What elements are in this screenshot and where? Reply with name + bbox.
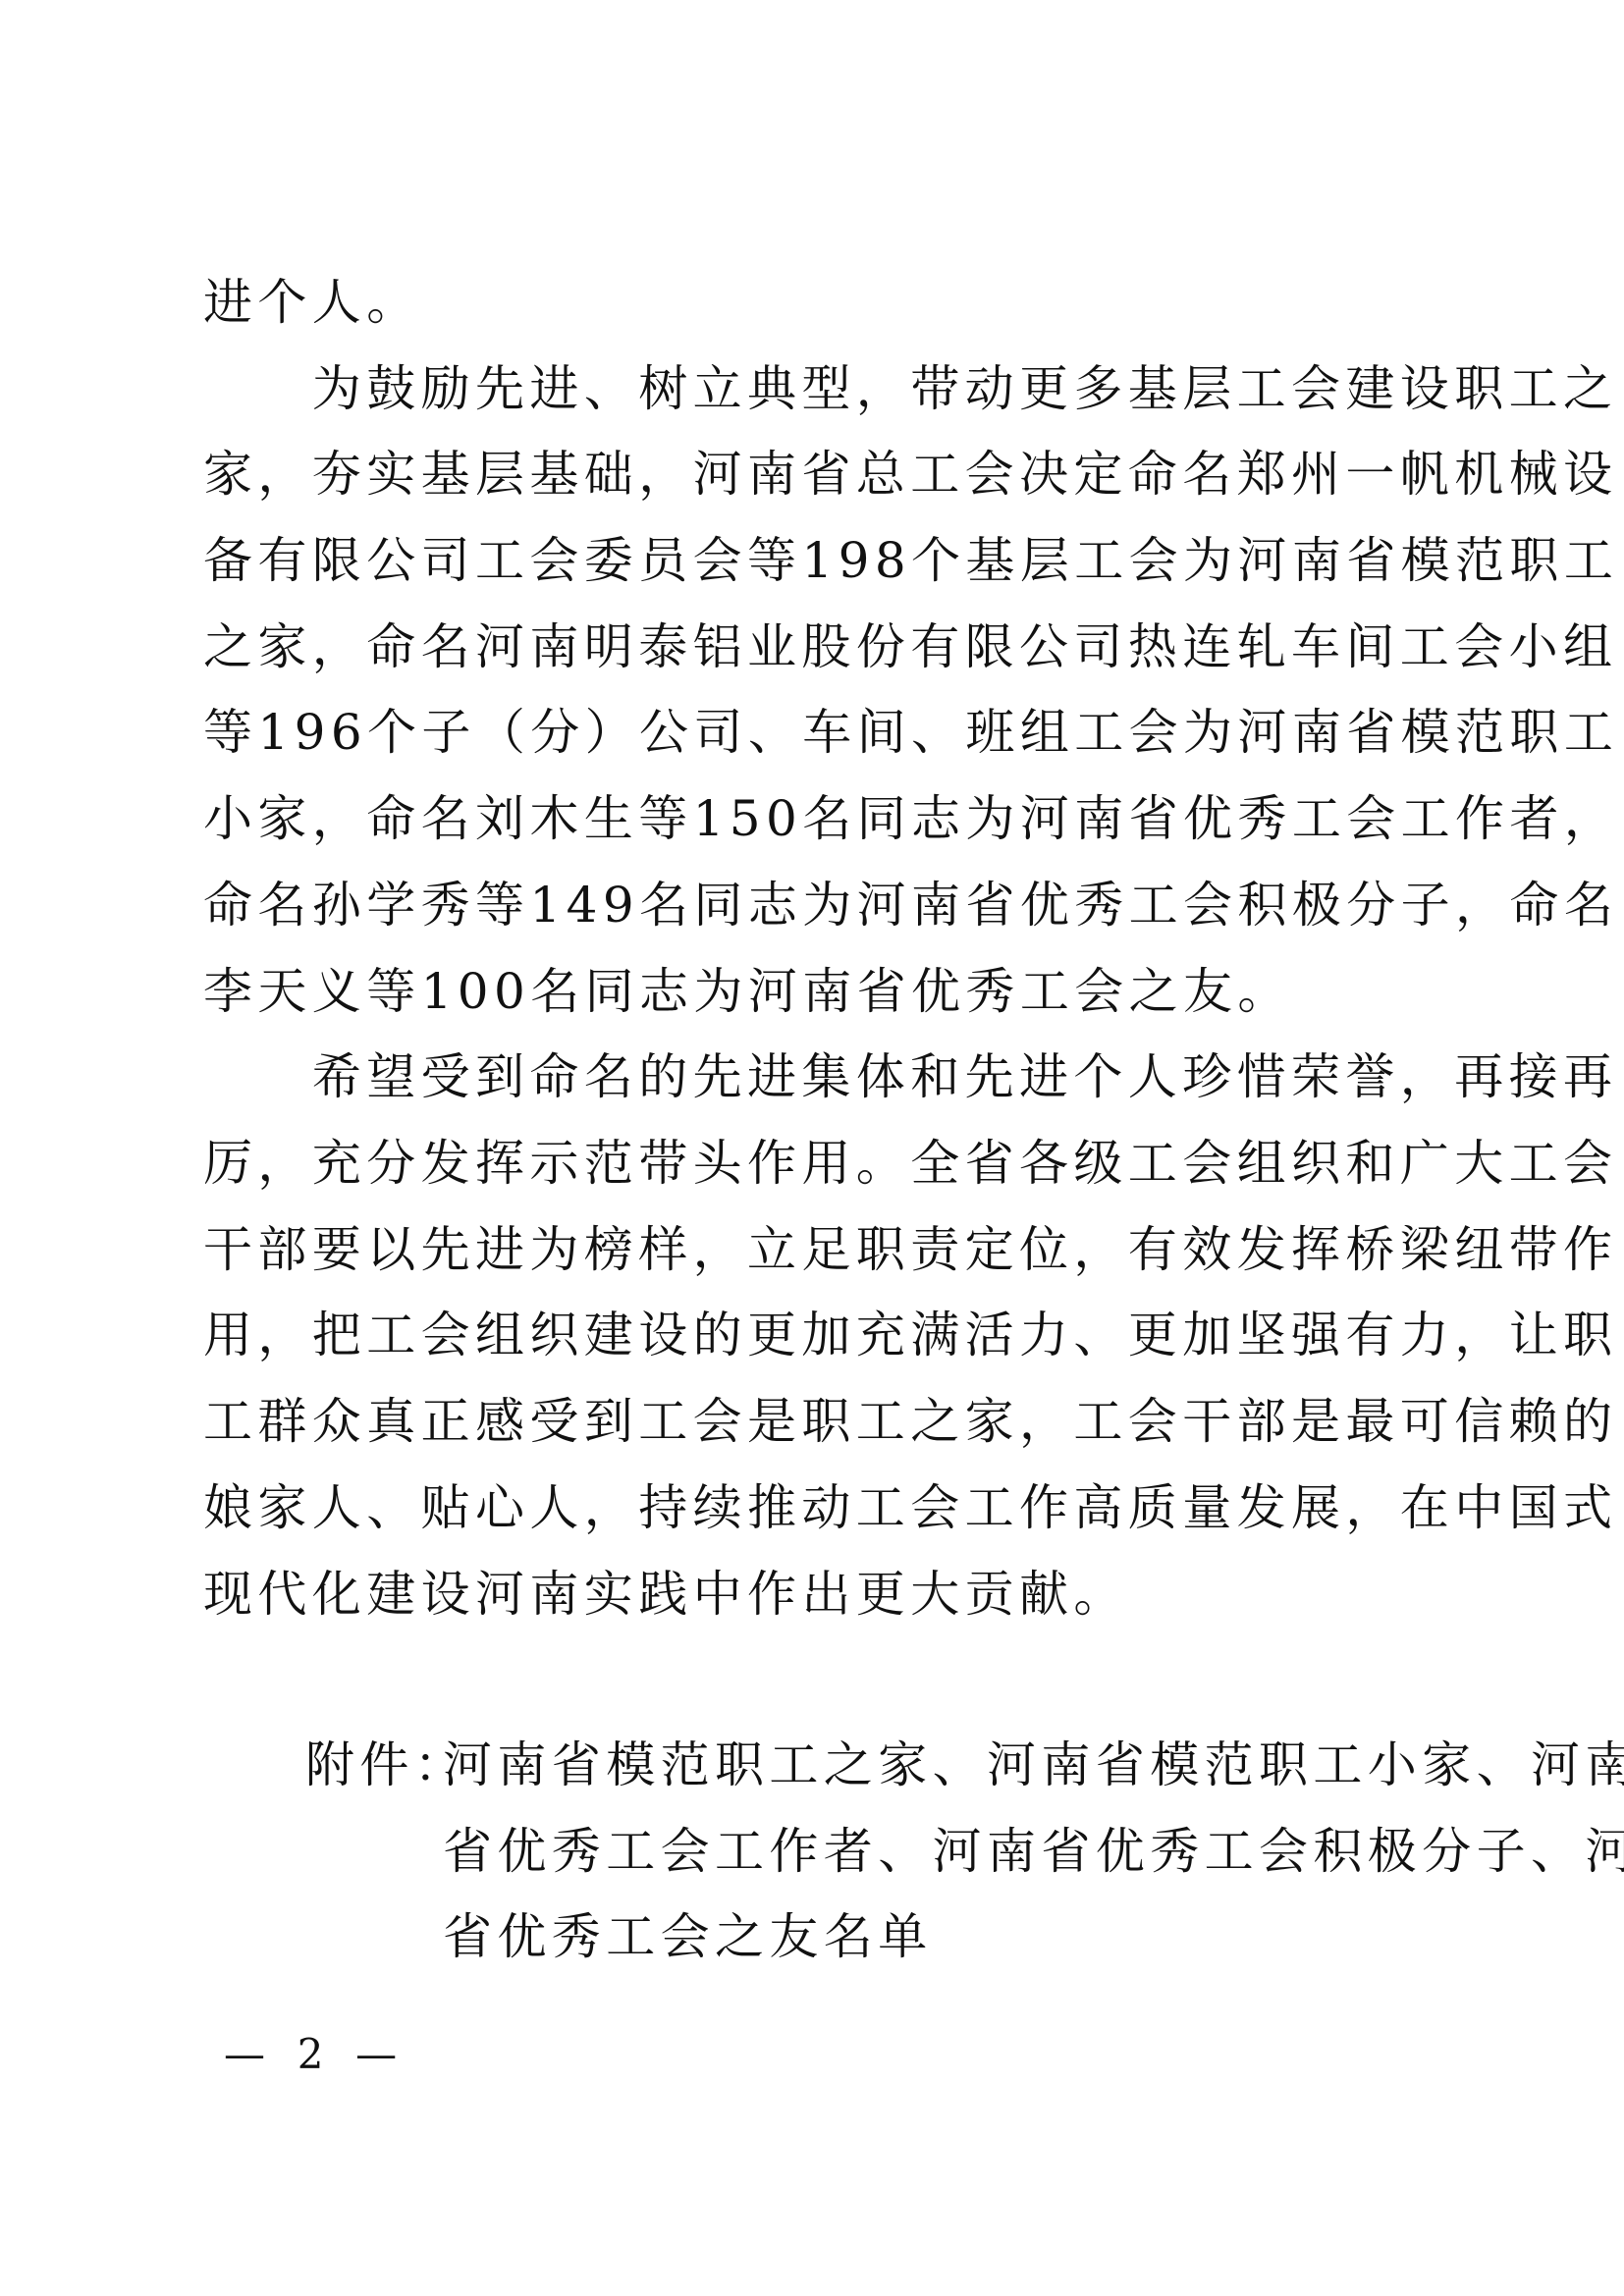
text-line: 干部要以先进为榜样，立足职责定位，有效发挥桥梁纽带作 xyxy=(203,1220,1431,1279)
text-line: 备有限公司工会委员会等198个基层工会为河南省模范职工 xyxy=(203,531,1431,590)
text-line: 工群众真正感受到工会是职工之家，工会干部是最可信赖的 xyxy=(203,1392,1431,1451)
text-line: 小家，命名刘木生等150名同志为河南省优秀工会工作者， xyxy=(203,789,1431,848)
text-line: 命名孙学秀等149名同志为河南省优秀工会积极分子，命名 xyxy=(203,876,1431,934)
text-line: 现代化建设河南实践中作出更大贡献。 xyxy=(203,1565,1431,1624)
text-line: 希望受到命名的先进集体和先进个人珍惜荣誉，再接再 xyxy=(203,1047,1431,1106)
text-line: 厉，充分发挥示范带头作用。全省各级工会组织和广大工会 xyxy=(203,1134,1431,1193)
page-number: — 2 — xyxy=(224,2030,399,2079)
attachment-line: 省优秀工会之友名单 xyxy=(443,1907,933,1966)
text-line: 用，把工会组织建设的更加充满活力、更加坚强有力，让职 xyxy=(203,1306,1431,1364)
text-line: 进个人。 xyxy=(203,273,1431,332)
attachment-line: 河南省模范职工之家、河南省模范职工小家、河南 xyxy=(443,1735,1624,1794)
attachment-line: 省优秀工会工作者、河南省优秀工会积极分子、河南 xyxy=(443,1822,1624,1881)
text-line: 之家，命名河南明泰铝业股份有限公司热连轧车间工会小组 xyxy=(203,617,1431,676)
text-line: 等196个子（分）公司、车间、班组工会为河南省模范职工 xyxy=(203,703,1431,762)
text-line: 娘家人、贴心人，持续推动工会工作高质量发展，在中国式 xyxy=(203,1478,1431,1537)
text-line: 李天义等100名同志为河南省优秀工会之友。 xyxy=(203,962,1431,1021)
text-line: 为鼓励先进、树立典型，带动更多基层工会建设职工之 xyxy=(203,359,1431,418)
text-line: 家，夯实基层基础，河南省总工会决定命名郑州一帆机械设 xyxy=(203,445,1431,504)
